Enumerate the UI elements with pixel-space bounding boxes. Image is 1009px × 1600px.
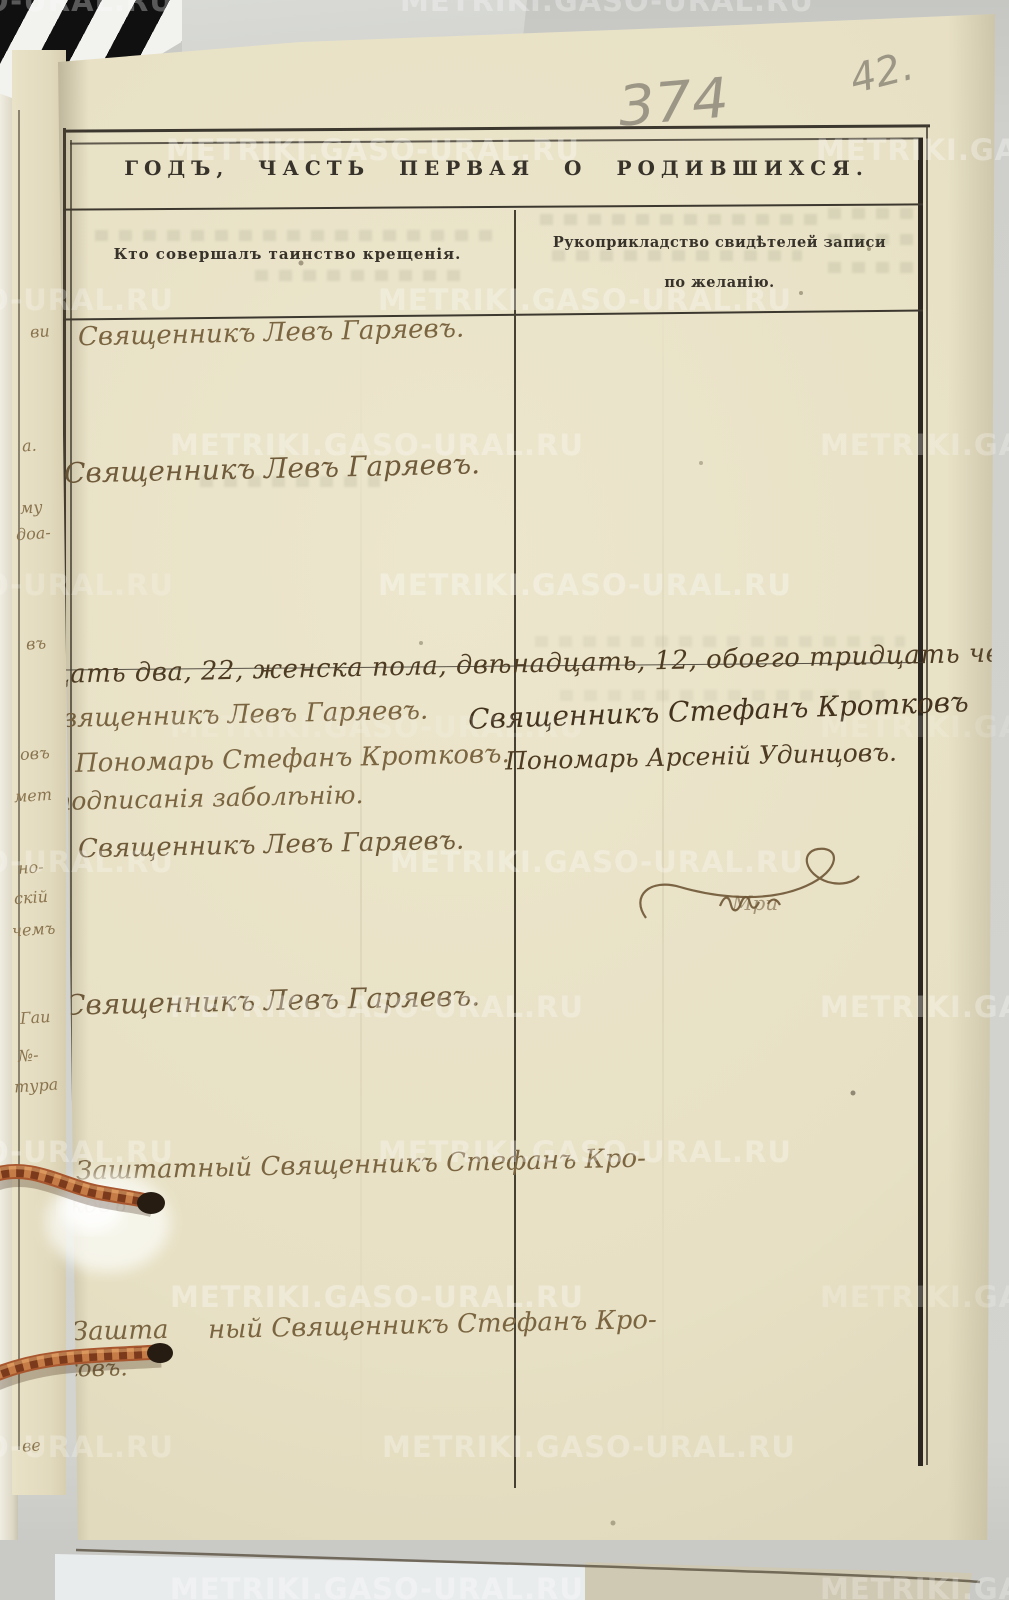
binding-hole-bottom [147, 1343, 173, 1363]
officiant-entry-1: Священникъ Левъ Гаряевъ. [78, 314, 465, 353]
summary-ponomar-left: Пономарь Стефанъ Кротковъ. [75, 739, 510, 779]
previous-page-text-fragment: а. [21, 436, 37, 456]
previous-page-text-fragment: чемъ [12, 919, 56, 941]
bleed-through-print [828, 234, 920, 245]
officiant-entry-4: Священникъ Левъ Гаряевъ. [64, 979, 481, 1021]
witness-signature-text: Мри [731, 891, 778, 915]
bleed-through-print [828, 262, 920, 273]
previous-page-text-fragment: но- [17, 857, 44, 878]
table-border-right-inner [918, 138, 923, 1466]
bleed-through-print [828, 208, 920, 219]
bleed-through-print [540, 214, 820, 225]
previous-page-text-fragment: мет [13, 785, 52, 807]
previous-page-text-fragment: му [19, 497, 43, 518]
previous-page-text-fragment: скій [13, 887, 48, 908]
bleed-through-print [552, 250, 802, 261]
summary-totals-line: …дцать два, 22, женска пола, двѣнадцать,… [8, 635, 1009, 691]
page-title: ГОДЪ, ЧАСТЬ ПЕРВАЯ О РОДИВШИХСЯ. [63, 156, 930, 180]
previous-page-text-fragment: доа- [15, 523, 51, 544]
table-border-top-outer [63, 124, 930, 132]
officiant-entry-2: Священникъ Левъ Гаряевъ. [64, 447, 481, 489]
scanned-metric-book-page: виа.мудоа-въовъметно-скійчемъГаи№-тураве… [0, 0, 1009, 1600]
binding-cord-bottom [0, 1349, 161, 1382]
column1-header: Кто совершалъ таинство крещенія. [63, 245, 512, 263]
previous-page-text-fragment: ве [21, 1435, 41, 1455]
officiant-entry-3: Священникъ Левъ Гаряевъ. [78, 826, 465, 865]
page-right-edge-shade [948, 14, 1006, 1589]
binding-cords [0, 1130, 520, 1430]
previous-page-text-fragment: въ [25, 633, 46, 653]
previous-page-text-fragment: ви [29, 321, 50, 341]
binding-hole-top [137, 1192, 165, 1214]
bleed-through-print [95, 230, 495, 241]
previous-page-text-fragment: Гаи [19, 1007, 51, 1028]
previous-page-text-fragment: овъ [19, 743, 50, 764]
summary-ponomar-right: Пономарь Арсеній Удинцовъ. [505, 738, 898, 776]
summary-priest-left: Священникъ Левъ Гаряевъ. [42, 696, 429, 735]
table-border-right-outer [926, 125, 928, 1465]
pencil-page-number-corner: 42. [845, 43, 918, 103]
bleed-through-print [255, 270, 470, 281]
previous-page-text-fragment: №- [17, 1045, 39, 1065]
title-underline [63, 203, 923, 210]
column2-header-line2: по желанію. [517, 274, 922, 291]
previous-page-text-fragment: тура [13, 1074, 58, 1096]
header-bottom-rule [63, 309, 923, 320]
table-border-top-inner [70, 137, 923, 144]
witness-signature-flourish: Мри [628, 840, 873, 950]
